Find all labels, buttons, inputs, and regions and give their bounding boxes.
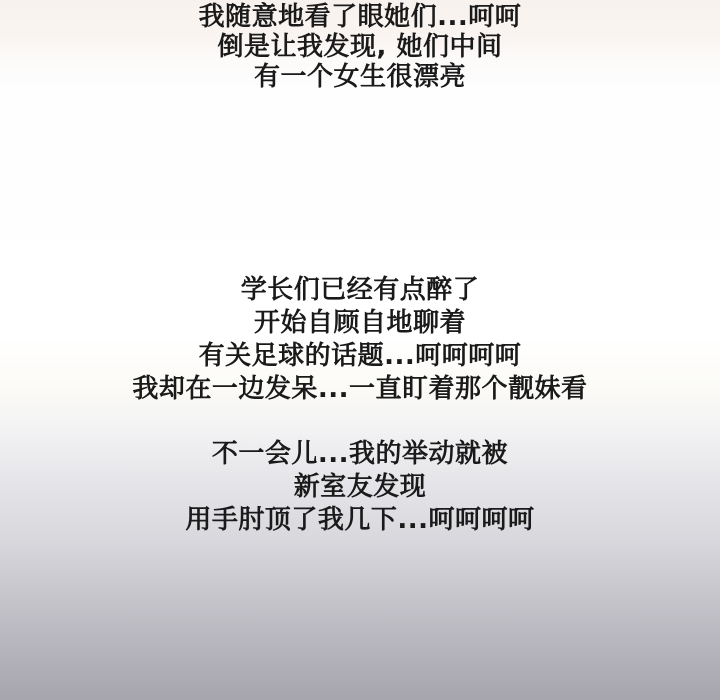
narration-line: 有关足球的话题...呵呵呵呵 (0, 340, 720, 373)
narration-line: 开始自顾自地聊着 (0, 307, 720, 340)
narration-line: 新室友发现 (0, 471, 720, 504)
narration-line: 用手肘顶了我几下...呵呵呵呵 (0, 504, 720, 537)
narration-line: 学长们已经有点醉了 (0, 274, 720, 307)
narration-line: 我却在一边发呆...一直盯着那个靓妹看 (0, 373, 720, 406)
webtoon-page: 我随意地看了眼她们...呵呵 倒是让我发现, 她们中间 有一个女生很漂亮 学长们… (0, 0, 720, 700)
narration-block-top: 我随意地看了眼她们...呵呵 倒是让我发现, 她们中间 有一个女生很漂亮 (0, 2, 720, 92)
narration-line: 我随意地看了眼她们...呵呵 (0, 2, 720, 32)
narration-block-middle: 学长们已经有点醉了 开始自顾自地聊着 有关足球的话题...呵呵呵呵 我却在一边发… (0, 274, 720, 406)
narration-line: 倒是让我发现, 她们中间 (0, 32, 720, 62)
narration-line: 不一会儿...我的举动就被 (0, 438, 720, 471)
narration-line: 有一个女生很漂亮 (0, 62, 720, 92)
narration-block-bottom: 不一会儿...我的举动就被 新室友发现 用手肘顶了我几下...呵呵呵呵 (0, 438, 720, 537)
